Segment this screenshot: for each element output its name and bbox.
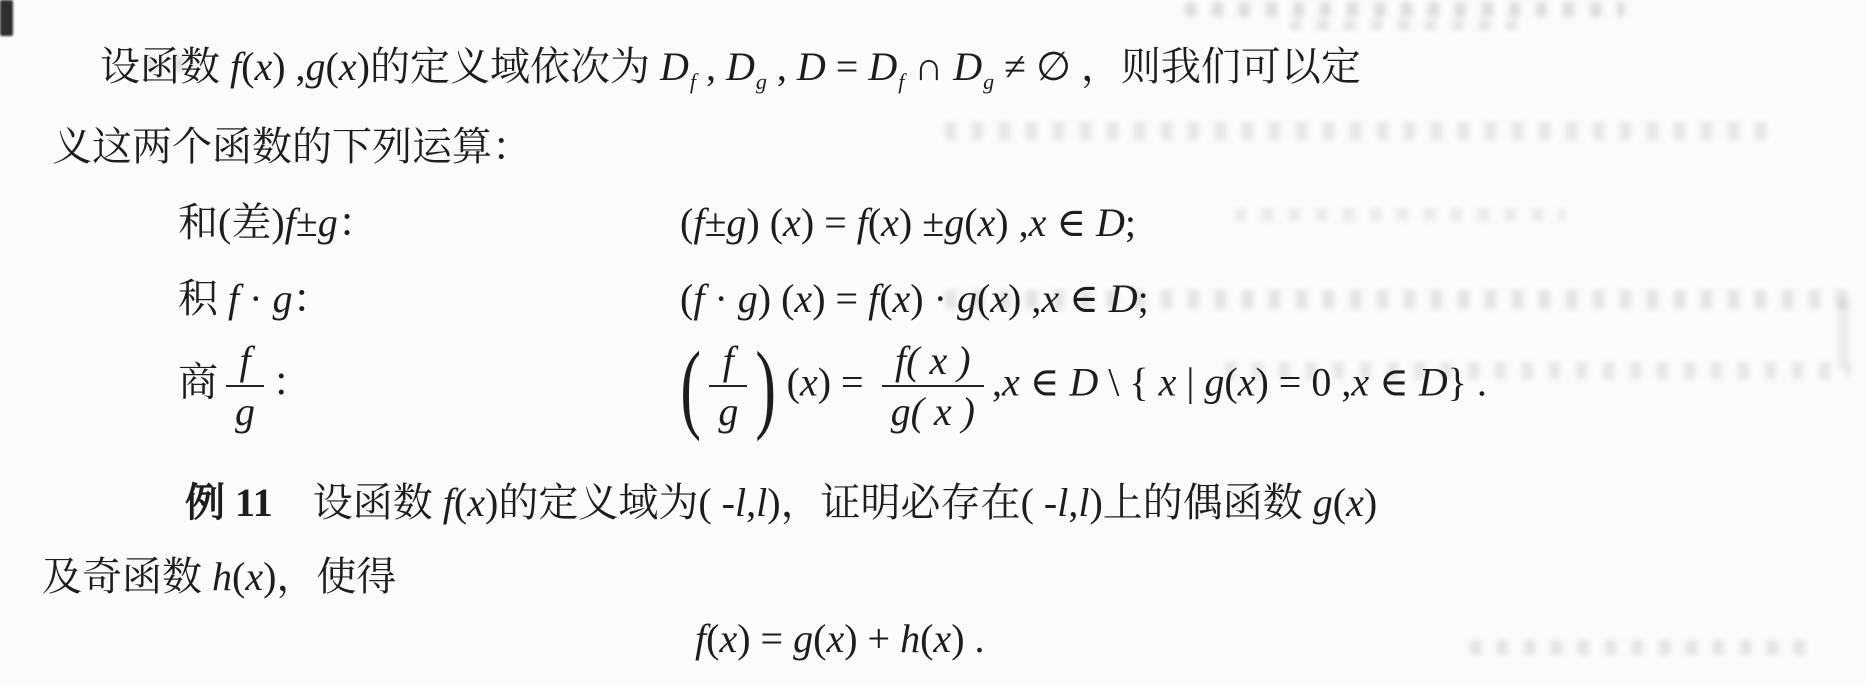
text-run: ( — [920, 616, 933, 661]
text-run: g — [272, 276, 292, 321]
text-run: ( — [964, 200, 977, 245]
fraction-denominator: g( x ) — [882, 387, 984, 433]
text-run: , — [767, 44, 797, 89]
fraction-denominator: g — [226, 387, 264, 433]
text-run: ) + — [844, 616, 900, 661]
subscript: g — [983, 69, 994, 94]
bleed-through-artifact — [1185, 2, 1625, 17]
text-run: ( - — [1021, 480, 1058, 525]
text-run: ( — [777, 360, 800, 405]
quotient-label: 商fg： — [178, 340, 312, 433]
text-run: ： — [272, 360, 312, 405]
text-run: x — [1041, 276, 1059, 321]
text-run: x — [245, 554, 263, 599]
text-run: x — [881, 200, 899, 245]
text-run: ) ( — [758, 276, 795, 321]
text-run: g — [306, 44, 326, 89]
big-paren: ( — [680, 351, 701, 423]
text-run: ) ± — [899, 200, 944, 245]
text-run: x — [1159, 360, 1177, 405]
text-run: h — [900, 616, 920, 661]
text-run: ) = — [737, 616, 793, 661]
text-run: f — [228, 276, 239, 321]
text-run: ∈ — [1020, 360, 1070, 405]
text-run: 及奇函数 — [42, 554, 212, 599]
text-run: ) = — [818, 360, 874, 405]
text-run: f — [868, 276, 879, 321]
fraction-numerator: f( x ) — [882, 340, 984, 387]
text-run: 上的偶函数 — [1103, 480, 1313, 525]
text-run: x — [800, 360, 818, 405]
intro-line-1: 设函数 f(x) ,g(x)的定义域依次为 Df , Dg , D = Df ∩… — [100, 42, 1361, 92]
text-run: ( — [680, 276, 693, 321]
text-run: } . — [1448, 360, 1487, 405]
fraction: fg — [709, 340, 747, 433]
text-run: g — [957, 276, 977, 321]
text-run: g — [738, 276, 758, 321]
text-run: , — [992, 360, 1002, 405]
example-11-line-2: 及奇函数 h(x)，使得 — [42, 552, 396, 602]
fraction-denominator: g — [709, 387, 747, 433]
text-run: g — [793, 616, 813, 661]
sum-difference-equation: (f±g) (x) = f(x) ±g(x) ,x ∈ D; — [680, 198, 1136, 248]
text-run: x — [719, 616, 737, 661]
intro-line-2: 义这两个函数的下列运算： — [52, 122, 532, 172]
fraction: f( x )g( x ) — [882, 340, 984, 433]
text-run: ： — [338, 200, 378, 245]
example-11-formula: f(x) = g(x) + h(x) . — [695, 614, 985, 664]
text-run: ≠ ∅ — [994, 44, 1081, 89]
text-run: ± — [704, 200, 726, 245]
bleed-through-artifact — [1838, 300, 1856, 370]
text-run: ; — [1138, 276, 1149, 321]
text-run: ) , — [995, 200, 1028, 245]
text-run: ) = — [812, 276, 868, 321]
text-run: ( — [813, 616, 826, 661]
text-run: 积 — [178, 276, 228, 321]
text-run: 和(差) — [178, 200, 285, 245]
quotient-equation: (fg) (x) = f( x )g( x ),x ∈ D \ { x | g(… — [680, 340, 1487, 433]
text-run: ，则我们可以定 — [1081, 44, 1361, 89]
text-run: , — [696, 44, 726, 89]
text-run: ( - — [698, 480, 735, 525]
text-run: g — [944, 200, 964, 245]
text-run: f — [693, 200, 704, 245]
text-run: x — [933, 616, 951, 661]
text-run: ) = — [801, 200, 857, 245]
text-run: ( — [706, 616, 719, 661]
text-run: x — [467, 480, 485, 525]
text-run: ) — [767, 480, 780, 525]
subscript: g — [756, 69, 767, 94]
text-run: ( — [326, 44, 339, 89]
text-run: ，证明必存在 — [781, 480, 1021, 525]
text-run: , — [746, 480, 756, 525]
text-run: l — [1078, 480, 1089, 525]
bleed-through-artifact — [1235, 208, 1565, 221]
text-run: = — [826, 44, 869, 89]
text-run: ) ( — [746, 200, 783, 245]
text-run: f — [693, 276, 704, 321]
text-run: ( — [879, 276, 892, 321]
text-run: ，使得 — [276, 554, 396, 599]
text-run: 设函数 — [273, 480, 443, 525]
text-run: ( — [680, 200, 693, 245]
text-run: x — [1029, 200, 1047, 245]
text-run: x — [826, 616, 844, 661]
text-run: f — [230, 44, 241, 89]
text-run: · — [704, 276, 737, 321]
text-run: ; — [1125, 200, 1136, 245]
bleed-through-artifact — [1470, 640, 1810, 655]
text-run: h — [212, 554, 232, 599]
text-run: D — [1096, 200, 1125, 245]
fraction: fg — [226, 340, 264, 433]
text-run: ： — [292, 276, 332, 321]
example-11-line-1: 例 11 设函数 f(x)的定义域为( -l,l)，证明必存在( -l,l)上的… — [185, 478, 1377, 528]
text-run: x — [794, 276, 812, 321]
text-run: 义这两个函数的下列运算： — [52, 124, 532, 169]
text-run: ) , — [272, 44, 305, 89]
text-run: ± — [296, 200, 318, 245]
text-run: , — [1068, 480, 1078, 525]
text-run: ∈ — [1369, 360, 1419, 405]
text-run: x — [1346, 480, 1364, 525]
text-run: x — [1351, 360, 1369, 405]
text-run: D — [1109, 276, 1138, 321]
text-run: ( — [868, 200, 881, 245]
text-run: x — [783, 200, 801, 245]
text-run: ) , — [1008, 276, 1041, 321]
text-run: f — [695, 616, 706, 661]
text-run: x — [1238, 360, 1256, 405]
text-run: Df — [660, 44, 696, 89]
product-equation: (f · g) (x) = f(x) · g(x) ,x ∈ D; — [680, 274, 1149, 324]
text-run: ) — [263, 554, 276, 599]
text-run: Df — [868, 44, 904, 89]
text-run: x — [254, 44, 272, 89]
text-run: ( — [241, 44, 254, 89]
text-run: x — [339, 44, 357, 89]
textbook-page: 设函数 f(x) ,g(x)的定义域依次为 Df , Dg , D = Df ∩… — [0, 0, 1865, 685]
text-run: \ { — [1098, 360, 1158, 405]
text-run: ) — [1089, 480, 1102, 525]
text-run: ( — [454, 480, 467, 525]
text-run: l — [756, 480, 767, 525]
text-run: ) — [1364, 480, 1377, 525]
text-run: g — [726, 200, 746, 245]
bleed-through-artifact — [945, 122, 1775, 140]
sum-difference-label: 和(差)f±g： — [178, 198, 378, 248]
bleed-through-artifact — [1290, 20, 1520, 30]
text-run: Dg — [953, 44, 994, 89]
product-label: 积 f · g： — [178, 274, 332, 324]
text-run: ) — [485, 480, 498, 525]
text-run: x — [978, 200, 996, 245]
text-run: l — [735, 480, 746, 525]
text-run: D — [797, 44, 826, 89]
text-run: Dg — [726, 44, 767, 89]
big-paren: ) — [756, 351, 777, 423]
text-run: D — [1069, 360, 1098, 405]
text-run: ) · — [910, 276, 957, 321]
text-run: ∈ — [1059, 276, 1109, 321]
text-run: x — [990, 276, 1008, 321]
text-run: ) = 0 , — [1255, 360, 1351, 405]
text-run: f — [443, 480, 454, 525]
text-run: ∈ — [1046, 200, 1096, 245]
text-run: x — [1002, 360, 1020, 405]
text-run: g — [1313, 480, 1333, 525]
text-run: f — [285, 200, 296, 245]
text-run: 的定义域依次为 — [370, 44, 660, 89]
fraction-numerator: f — [226, 340, 264, 387]
text-run: D — [1419, 360, 1448, 405]
text-run: 商 — [178, 360, 218, 405]
text-run: g — [318, 200, 338, 245]
scan-edge-mark — [0, 0, 13, 36]
text-run: ( — [1224, 360, 1237, 405]
text-run: 例 11 — [185, 480, 273, 525]
text-run: ( — [232, 554, 245, 599]
fraction-numerator: f — [709, 340, 747, 387]
text-run: ( — [1333, 480, 1346, 525]
text-run: · — [239, 276, 272, 321]
text-run: ) . — [951, 616, 984, 661]
text-run: f — [857, 200, 868, 245]
text-run: | — [1176, 360, 1204, 405]
text-run: ( — [977, 276, 990, 321]
text-run: 的定义域为 — [498, 480, 698, 525]
text-run: 设函数 — [100, 44, 230, 89]
text-run: x — [893, 276, 911, 321]
text-run: g — [1204, 360, 1224, 405]
text-run: ∩ — [904, 44, 953, 89]
text-run: l — [1057, 480, 1068, 525]
text-run: ) — [357, 44, 370, 89]
